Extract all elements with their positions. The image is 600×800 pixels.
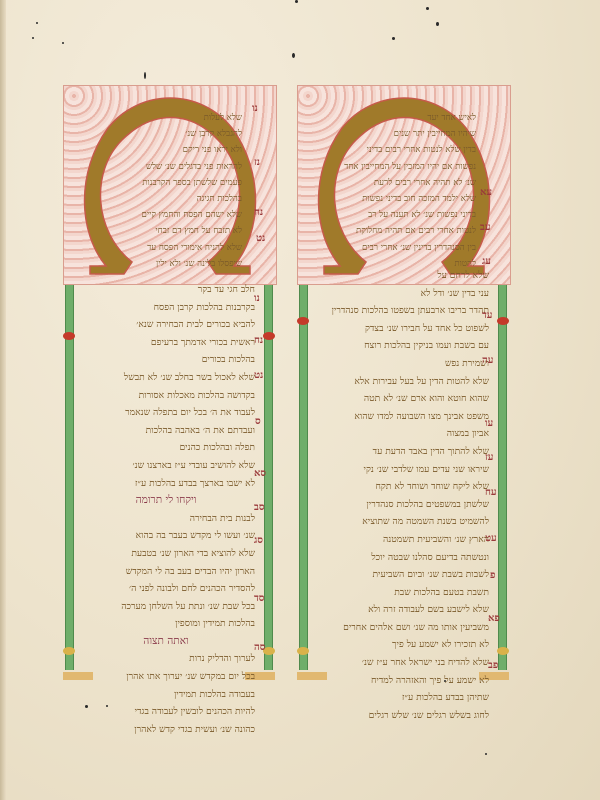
margin-numeral: נז: [254, 157, 260, 168]
arch-text: שלא לעלות להגבלא קרבן שנ׳ ולא יראו פני ר…: [98, 110, 242, 272]
gold-knot-ornament: [497, 647, 509, 655]
text-line: בהלכות חגיגה: [98, 191, 242, 207]
margin-numeral: סה: [254, 642, 265, 653]
margin-numeral: נח: [254, 335, 263, 346]
right-body-text: שלא לרחם על עני בדין שנ׳ ודל לא תהדר ברי…: [311, 267, 489, 724]
margin-numeral: סב: [254, 502, 265, 513]
text-line: בין הסנהדרין בדינין שנ׳ אחרי רבים: [332, 240, 476, 256]
margin-numeral: נט: [254, 370, 263, 381]
left-column: שלא לעלות להגבלא קרבן שנ׳ ולא יראו פני ר…: [63, 85, 275, 680]
text-line: לא ישמע על פיך והאזהרה למדיח: [311, 672, 489, 690]
margin-numeral: ס: [255, 416, 261, 427]
text-line: שלא להתוך הדין באבד הדעת עד: [311, 443, 489, 461]
red-knot-ornament: [497, 317, 509, 325]
green-pillar-left: [65, 285, 74, 670]
text-line: שיפסלו בלינה שנ׳ ולא ילין: [98, 256, 242, 272]
parchment-page: שלא לעלות להגבלא קרבן שנ׳ ולא יראו פני ר…: [0, 0, 600, 800]
text-line: לא תזבח על חמץ דם זבחי: [98, 223, 242, 239]
text-line: לבנות בית הבחירה: [77, 510, 255, 528]
margin-numeral: עז: [485, 452, 493, 463]
text-line: לערוך והדליק נרות: [77, 650, 255, 668]
margin-numeral: סד: [254, 593, 265, 604]
text-line: ראשית בכורי אדמתך ברעיפם: [77, 334, 255, 352]
text-line: תהדר בריבו ארבעתן בשפטו בהלכות סנהדרין: [311, 302, 489, 320]
text-line: בקדושה בהלכות מאכלות אסורות: [77, 387, 255, 405]
text-line: שלא לרחם על: [311, 267, 489, 285]
text-line: ולא יראו פני ריקם: [98, 142, 242, 158]
margin-numeral: סא: [254, 468, 266, 479]
arch-header-panel: שלא לעלות להגבלא קרבן שנ׳ ולא יראו פני ר…: [63, 85, 277, 285]
gold-knot-ornament: [63, 647, 75, 655]
text-line: שלא להוציא בדי הארון שנ׳ בטבעת: [77, 545, 255, 563]
margin-numeral: נח: [254, 207, 263, 218]
margin-numeral: עט: [485, 533, 497, 544]
section-heading: ואתה תצוה: [77, 633, 255, 651]
margin-numeral: נט: [256, 233, 265, 244]
ink-speck: [392, 37, 395, 40]
ink-speck: [426, 7, 429, 10]
text-line: פעמים שלשתן בספר הקרבנות: [98, 175, 242, 191]
text-line: חלב חגי עד בקר: [77, 281, 255, 299]
text-line: שלא להניח אימורי הפסח עד: [98, 240, 242, 256]
ink-speck: [485, 753, 487, 755]
left-body-text: חלב חגי עד בקר בקרבנות בהלכות קרבן הפסח …: [77, 281, 255, 738]
text-line: הארץ שנ׳ והשביעית תשמטנה: [311, 531, 489, 549]
text-line: בכל יום במקדש שנ׳ יערוך אתו אהרן: [77, 668, 255, 686]
gold-knot-ornament: [297, 647, 309, 655]
text-line: הארון יהיו הבדים בעב בה לי המקדש: [77, 563, 255, 581]
red-knot-ornament: [63, 332, 75, 340]
margin-numeral: עח: [485, 487, 497, 498]
text-line: שלא להושיב עובדי ע״ז בארצנו שנ׳: [77, 457, 255, 475]
text-line: עם בשבת ועמו בניקין בהלכות רוצח: [311, 337, 489, 355]
text-line: תשבת בטעם בהלכות שבת: [311, 584, 489, 602]
text-line: בדיני נפשות שנ׳ לא תענה על רב: [332, 207, 476, 223]
margin-numeral: פא: [488, 613, 500, 624]
text-line: להביא בכורים לבית הבחירה שנא׳: [77, 316, 255, 334]
text-line: משביעין אותו מה שנ׳ ושם אלהים אחרים: [311, 619, 489, 637]
text-line: בקרבנות בהלכות קרבן הפסח: [77, 299, 255, 317]
text-line: בדין שלא לנטות אחרי רבים בדיני: [332, 142, 476, 158]
text-line: ועבדתם את ה׳ באהבה בהלכות: [77, 422, 255, 440]
text-line: שלא לעלות: [98, 110, 242, 126]
text-line: נפשות אם יהיו המזכין על המחייבין אחד: [332, 159, 476, 175]
ink-speck: [144, 72, 146, 79]
margin-numeral: פב: [488, 660, 498, 671]
text-line: בעבודה בהלכות תמידין: [77, 686, 255, 704]
text-line: לנטות אחרי רבים אם תהיה מחלוקת: [332, 223, 476, 239]
text-line: משפט אבינך מצו השבועה למדו שהוא: [311, 408, 489, 426]
text-line: שהוא חוטא והוא ארם שנ׳ לא תטה: [311, 390, 489, 408]
margin-numeral: עה: [482, 355, 493, 366]
text-line: שתיהן בבדע בהלכות ע״ז: [311, 689, 489, 707]
text-line: שלא ליקח שוחד ושוחד לא תקח: [311, 478, 489, 496]
ink-speck: [292, 53, 295, 58]
red-knot-ornament: [297, 317, 309, 325]
text-line: ונטשתה בדיעם סהלנו שבטה יוכל: [311, 549, 489, 567]
text-line: להיות הכהנים לובשין לעבודה בגדי: [77, 703, 255, 721]
text-line: אביון במצוה: [311, 425, 489, 443]
text-line: להגבלא קרבן שנ׳: [98, 126, 242, 142]
text-line: להראות פני בדגלים שנ׳ שלש: [98, 159, 242, 175]
margin-numeral: עד: [482, 310, 492, 321]
text-line: בהלכות תמידין ומוספין: [77, 615, 255, 633]
text-line: לשבות בשבת שנ׳ וביום השביעית: [311, 566, 489, 584]
text-line: שלא להדיח בני ישראל אחר ע״ז שנ׳: [311, 654, 489, 672]
ink-speck: [295, 0, 298, 3]
ink-speck: [436, 22, 439, 26]
arch-header-panel: לאיש אחד יעד שיהיו המחייבין יתר שנים בדי…: [297, 85, 511, 285]
right-column: לאיש אחד יעד שיהיו המחייבין יתר שנים בדי…: [297, 85, 509, 680]
margin-numeral: פ: [490, 570, 495, 581]
margin-numeral: עג: [482, 256, 491, 267]
margin-numeral: נו: [254, 293, 260, 304]
text-line: שלא להטות הדין על בעל עבירות אלא: [311, 373, 489, 391]
text-line: עני בדין שנ׳ ודל לא: [311, 285, 489, 303]
text-line: לעבוד את ה׳ בכל יום בתפלה שנאמר: [77, 404, 255, 422]
margin-numeral: עא: [480, 187, 492, 198]
text-line: שלא לישבע בשם לעבודה זרה ולא: [311, 601, 489, 619]
text-line: כהונה שנ׳ ועשית בגדי קדש לאהרן: [77, 721, 255, 739]
text-line: שלא ילמד המזכה חוב בדיני נפשות: [332, 191, 476, 207]
margin-numeral: עב: [480, 222, 490, 233]
ink-speck: [36, 22, 38, 24]
text-line: שיראו שני עדים עמו שלדבי שנ׳ נקי: [311, 461, 489, 479]
ink-speck: [32, 37, 34, 39]
text-line: להשמיט בשנת השמטה מה שתוציא: [311, 513, 489, 531]
text-line: להסדיר הכהנים לחם ולבונה לפני ה׳: [77, 580, 255, 598]
text-line: שלא לאכול בשר בחלב שנ׳ לא תבשל: [77, 369, 255, 387]
text-line: לאיש אחד יעד: [332, 110, 476, 126]
text-line: ושמירת נפש: [311, 355, 489, 373]
text-line: לא ישבו בארצך בבדע בהלכות ע״ז: [77, 475, 255, 493]
margin-numeral: עו: [485, 418, 493, 429]
text-line: שלא ישהם הפסח והחמץ קיים: [98, 207, 242, 223]
text-line: לחוג בשלש רגלים שנ׳ שלש רגלים: [311, 707, 489, 725]
green-pillar-left: [299, 285, 308, 670]
ink-speck: [62, 42, 64, 44]
text-line: תפלה ובהלכות כהנים: [77, 439, 255, 457]
text-line: לא תזכירו לא ישמע על פיך: [311, 636, 489, 654]
text-line: שיהיו המחייבין יתר שנים: [332, 126, 476, 142]
text-line: בהלכות בכורים: [77, 351, 255, 369]
text-line: בכל שבת שנ׳ ונתת על השלחן מערכה: [77, 598, 255, 616]
margin-numeral: סג: [254, 535, 263, 546]
text-line: שנ׳ לא תהיה אחרי רבים לרעת: [332, 175, 476, 191]
section-heading: ויקחו לי תרומה: [77, 492, 255, 510]
red-knot-ornament: [263, 332, 275, 340]
text-line: שנ׳ ועשו לי מקדש בעבר בה בהוא: [77, 527, 255, 545]
arch-text: לאיש אחד יעד שיהיו המחייבין יתר שנים בדי…: [332, 110, 476, 272]
text-line: שלשתן במשפטים בהלכות סנהדרין: [311, 496, 489, 514]
margin-numeral: נו: [252, 103, 258, 114]
text-line: לשפוט כל אחד על חבירו שנ׳ בצדק: [311, 320, 489, 338]
